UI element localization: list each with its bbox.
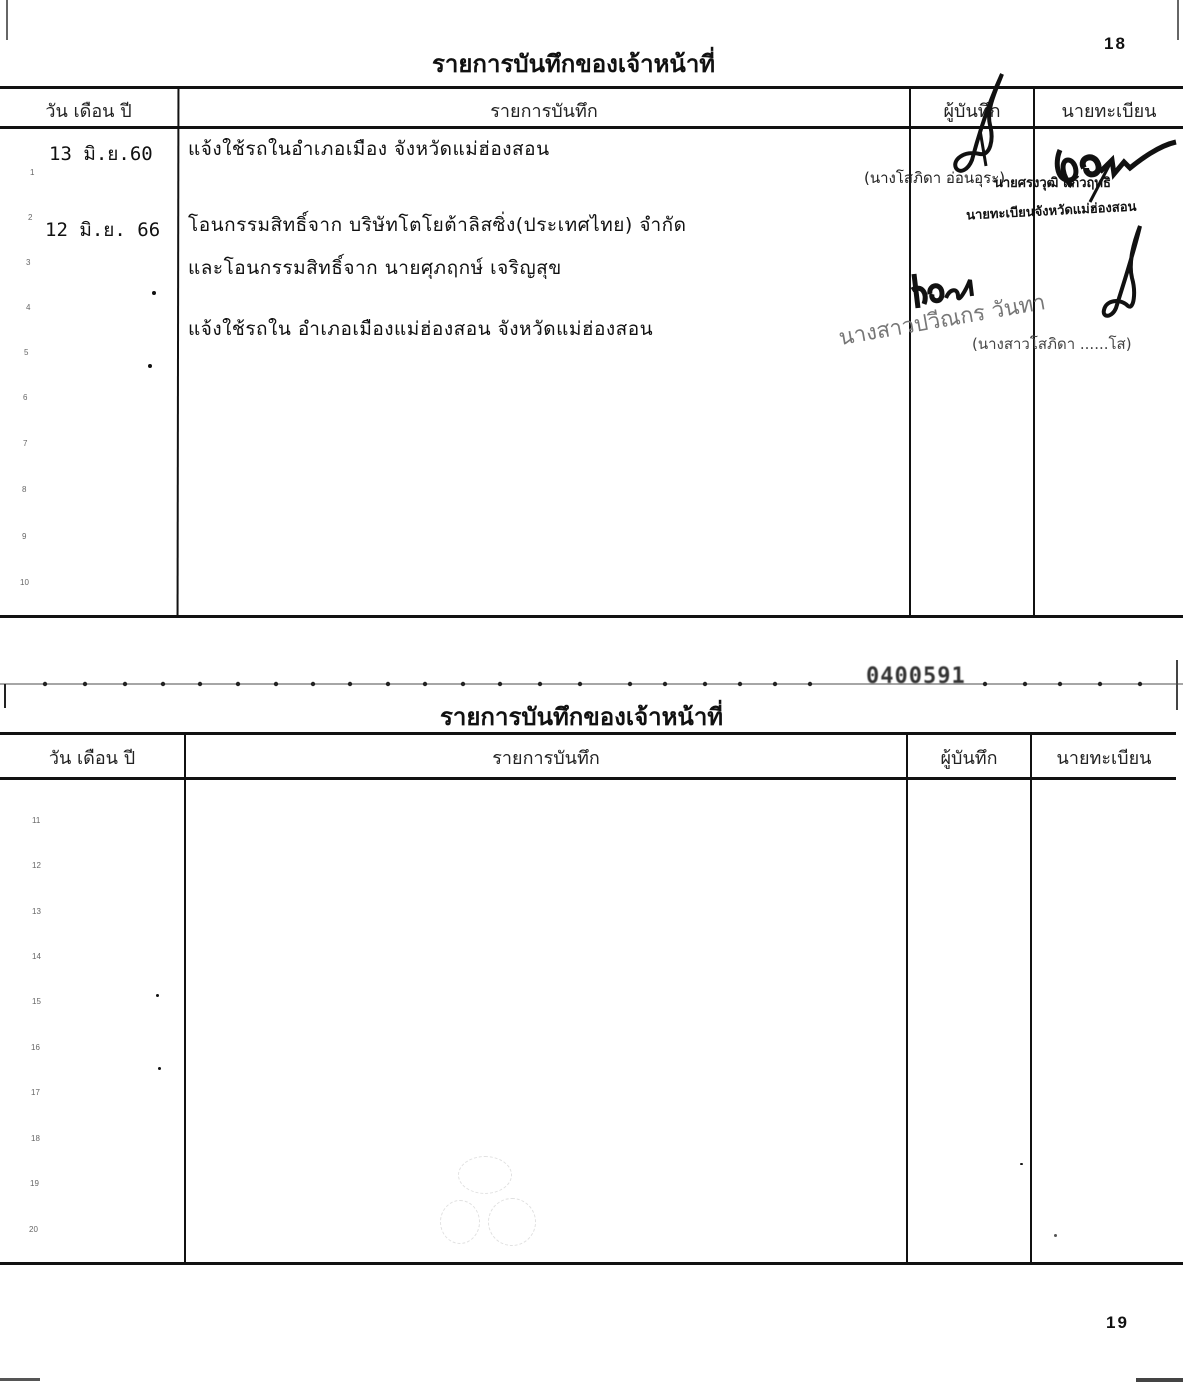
bottom-header-recorder: ผู้บันทึก	[908, 743, 1030, 772]
line-number: 14	[32, 952, 41, 961]
top-section-title: รายการบันทึกของเจ้าหน้าที่	[432, 44, 715, 83]
line-number: 17	[31, 1088, 40, 1097]
top-header-date: วัน เดือน ปี	[0, 96, 177, 125]
line-number: 8	[22, 485, 26, 494]
bottom-table-rule-bottom	[0, 1262, 1183, 1265]
stray-mark	[156, 994, 159, 997]
serial-number: 0400591	[866, 664, 966, 689]
stray-mark	[1054, 1234, 1057, 1237]
bottom-header-date: วัน เดือน ปี	[0, 743, 184, 772]
stray-mark	[1020, 1163, 1023, 1165]
registrar-name-1: นายศรงวุฒิ แก้วฤทธิ	[994, 172, 1111, 193]
line-number: 4	[26, 303, 30, 312]
stray-mark	[152, 291, 156, 295]
tear-mark-right	[1176, 660, 1178, 710]
entry-date: 13 มิ.ย.60	[49, 139, 153, 169]
line-number: 2	[28, 213, 32, 222]
line-number: 7	[23, 439, 27, 448]
perforation-line	[0, 680, 1183, 688]
page-number-bottom: 19	[1106, 1313, 1129, 1333]
bottom-col-divider-3	[1030, 734, 1032, 1263]
top-col-divider-1	[177, 88, 180, 616]
line-number: 12	[32, 861, 41, 870]
page-number-top: 18	[1104, 34, 1127, 54]
faint-seal	[458, 1156, 512, 1194]
faint-seal	[440, 1200, 480, 1244]
top-header-registrar: นายทะเบียน	[1035, 96, 1183, 125]
line-number: 20	[29, 1225, 38, 1234]
line-number: 6	[23, 393, 27, 402]
line-number: 10	[20, 578, 29, 587]
bottom-header-rule-top	[0, 732, 1176, 735]
line-number: 5	[24, 348, 28, 357]
page-bottom-edge-left	[0, 1378, 40, 1381]
line-number: 13	[32, 907, 41, 916]
entry-line: และโอนกรรมสิทธิ์จาก นายศุภฤกษ์ เจริญสุข	[188, 253, 562, 283]
registrar-name-2: (นางสาวโสภิดา ......โส)	[972, 332, 1132, 356]
bottom-col-divider-1	[184, 734, 186, 1263]
entry-line: โอนกรรมสิทธิ์จาก บริษัทโตโยต้าลิสซิ่ง(ปร…	[188, 210, 687, 240]
line-number: 18	[31, 1134, 40, 1143]
page-bottom-edge	[1136, 1378, 1183, 1382]
page-edge-left	[6, 0, 8, 40]
entry-date: 12 มิ.ย. 66	[45, 215, 160, 245]
line-number: 1	[30, 168, 34, 177]
faint-seal	[488, 1198, 536, 1246]
registrar-title-1: นายทะเบียนจังหวัดแม่ฮ่องสอน	[966, 196, 1137, 226]
line-number: 11	[32, 816, 40, 825]
recorder-signature-1	[950, 70, 1010, 180]
top-header-record: รายการบันทึก	[179, 96, 909, 125]
entry-line: แจ้งใช้รถใน อำเภอเมืองแม่ฮ่องสอน จังหวัด…	[188, 314, 653, 344]
registrar-signature-2	[1098, 222, 1148, 322]
line-number: 19	[30, 1179, 39, 1188]
line-number: 9	[22, 532, 26, 541]
page-edge-right	[1177, 0, 1179, 40]
recorder-name-1: (นางโสภิดา อ่อนอุระ)	[864, 166, 1005, 190]
bottom-header-record: รายการบันทึก	[186, 743, 906, 772]
bottom-section-title: รายการบันทึกของเจ้าหน้าที่	[440, 697, 723, 736]
stray-mark	[148, 364, 152, 368]
bottom-col-divider-2	[906, 734, 908, 1263]
line-number: 15	[32, 997, 41, 1006]
stray-mark	[158, 1067, 161, 1070]
line-number: 3	[26, 258, 30, 267]
line-number: 16	[31, 1043, 40, 1052]
entry-line: แจ้งใช้รถในอำเภอเมือง จังหวัดแม่ฮ่องสอน	[188, 134, 550, 164]
bottom-header-registrar: นายทะเบียน	[1032, 743, 1176, 772]
bottom-header-rule-bottom	[0, 777, 1176, 780]
tear-mark-left	[4, 684, 6, 708]
